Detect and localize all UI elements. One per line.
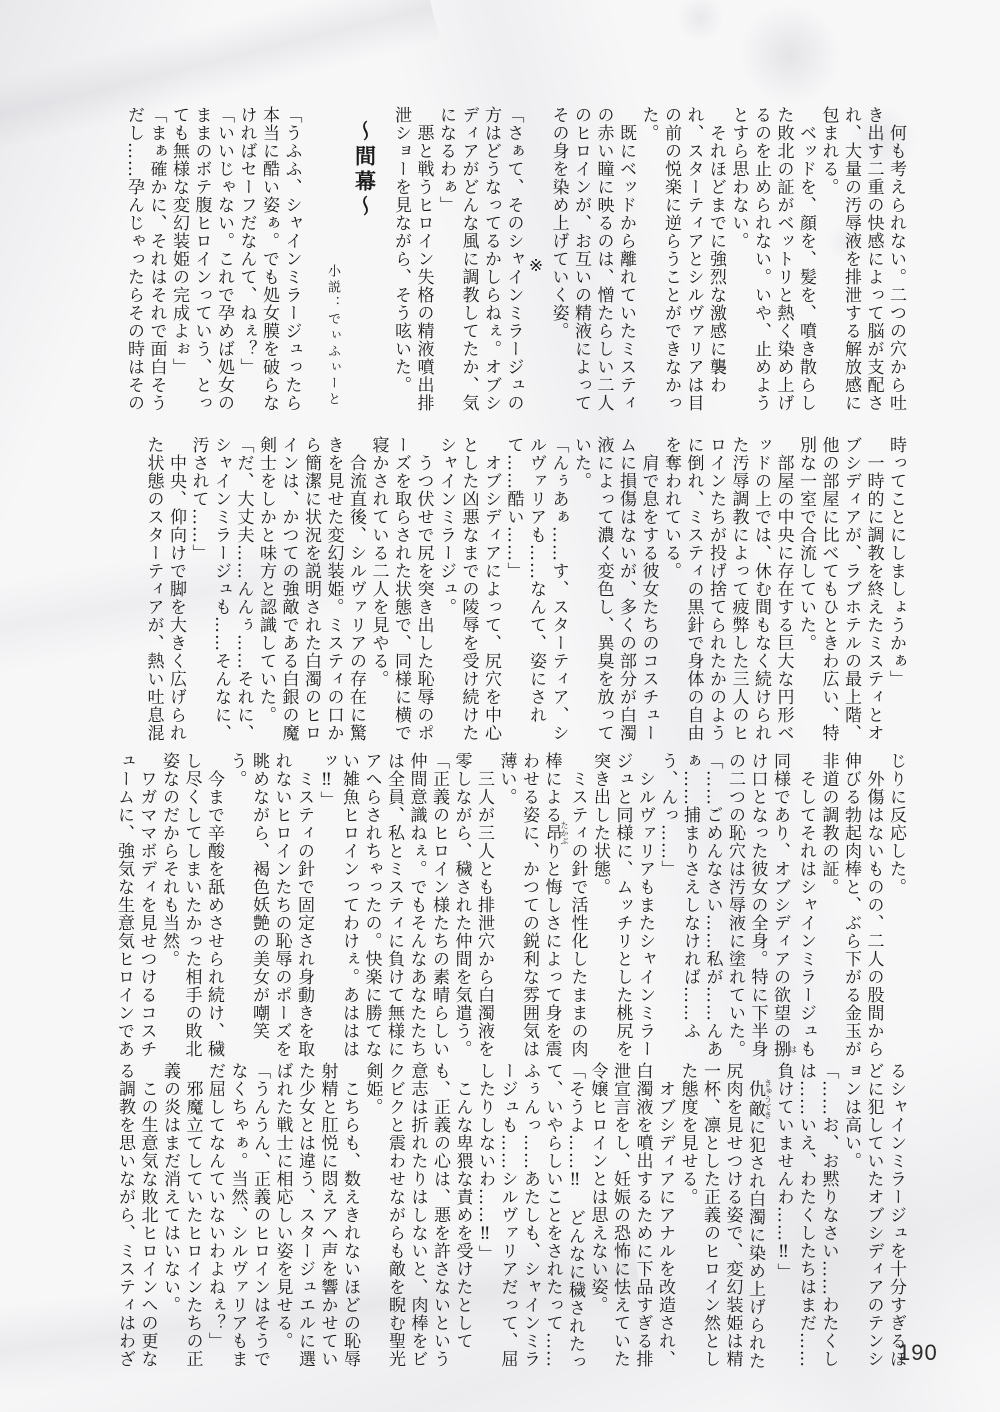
novel-text-band-2: 時ってことにしましょうかぁ」 一時的に調教を終えたミスティとオブシディアが、ラブ… bbox=[115, 436, 907, 748]
paragraph: この生意気な敗北ヒロインへの更なる調教を思いながら、ミスティはわざ bbox=[114, 1062, 159, 1384]
paragraph: 一時的に調教を終えたミスティとオブシディアが、ラブホテルの最上階、他の部屋に比べ… bbox=[795, 436, 885, 748]
paragraph: 「さぁて、そのシャインミラージュの方はどうなってるかしらねぇ。オブシディアがどん… bbox=[435, 106, 525, 426]
novel-text-band-1: 何も考えられない。二つの穴から吐き出す二重の快感によって脳が支配され、大量の汚辱… bbox=[115, 106, 907, 426]
paragraph: こちらも、数えきれないほどの恥辱射精と肛悦に悶えアヘ声を響かせていた少女とは違う… bbox=[271, 1062, 361, 1384]
paragraph: 今まで辛酸を舐めさせられ続け、穢し尽くしてしまいたかった相手の敗北姿なのだからそ… bbox=[158, 752, 226, 1074]
paragraph: オブシディアによって、尻穴を中心とした凶悪なまでの陵辱を受け続けたシャインミラー… bbox=[435, 436, 503, 748]
interlude-heading: ～間幕～ bbox=[353, 106, 376, 426]
section-separator: ※ bbox=[525, 106, 548, 426]
paragraph: 仇敵きゅうてきに犯され白濁に染め上げられた尻肉を見せつける姿で、変幻装姫は精一杯… bbox=[676, 1062, 772, 1384]
paragraph: シルヴァリアもまたシャインミラージュと同様に、ムッチリとした桃尻を突き出した状態… bbox=[589, 752, 657, 1074]
paragraph: 部屋の中央に存在する巨大な円形ベッドの上では、休む間もなく続けられた汚辱調教によ… bbox=[660, 436, 795, 748]
paragraph: 中央、仰向けで脚を大きく広げられた状態のスターティアが、熱い吐息混 bbox=[142, 436, 187, 748]
paragraph: るシャインミラージュを十分すぎるほどに犯していたオブシディアのテンションは高い。 bbox=[840, 1062, 908, 1384]
paragraph: 「いいじゃない。これで孕めば処女のままのボテ腹ヒロインっていう、とっても無様な変… bbox=[168, 106, 236, 426]
paragraph: 「うんうん、正義のヒロインはそうでなくちゃぁ。当然、シルヴァリアもまだ屈してなん… bbox=[204, 1062, 272, 1384]
page-number: 190 bbox=[898, 1340, 938, 1366]
paragraph: 「……お、お黙りなさい……わたくしは……いえ、わたくしたちはまだ……負けていませ… bbox=[772, 1062, 840, 1384]
paragraph: 合流直後、シルヴァリアの存在に驚きを見せた変幻装姫。ミスティの口から簡潔に状況を… bbox=[255, 436, 368, 748]
paragraph: 「んぅあぁ……す、スターティア、シルヴァリアも……なんて、姿にされて……酷い……… bbox=[502, 436, 570, 748]
novel-text-band-4: るシャインミラージュを十分すぎるほどに犯していたオブシディアのテンションは高い。… bbox=[115, 1062, 907, 1384]
paragraph: こんな卑猥な責めを受けたとしても、正義の心は、悪を許さないという意志は折れたりは… bbox=[361, 1062, 474, 1384]
paragraph: 「だ、大丈夫……んんぅ……それに、シャインミラージュも……そんなに、汚されて……… bbox=[187, 436, 255, 748]
novel-text-band-3: じりに反応した。 外傷はないものの、二人の股間から伸びる勃起肉棒と、ぶら下がる金… bbox=[115, 752, 907, 1074]
paragraph: 時ってことにしましょうかぁ」 bbox=[885, 436, 908, 748]
paragraph: ワガママボディを見せつけるコスチュームに、強気な生意気ヒロインであ bbox=[113, 752, 158, 1074]
paragraph: 三人が三人とも排泄穴から白濁液を零しながら、穢された仲間を気遣う。 bbox=[450, 752, 495, 1074]
paragraph: 外傷はないものの、二人の股間から伸びる勃起肉棒と、ぶら下がる金玉が非道の調教の証… bbox=[817, 752, 885, 1074]
paragraph: じりに反応した。 bbox=[885, 752, 908, 1074]
paragraph: 「……ごめんなさい……私が……んあぁ……捕まりさえしなければ……ふう、んっ……」 bbox=[656, 752, 724, 1074]
paragraph: そしてそれはシャインミラージュも同様であり、オブシディアの欲望の捌はけ口となった… bbox=[724, 752, 818, 1074]
paragraph: 邪魔立てしていたヒロインたちの正義の炎はまだ消えてはいない。 bbox=[159, 1062, 204, 1384]
paragraph: 「うふふ、シャインミラージュったら本当に酷い姿ぁ。でも処女膜を破らなければセーフ… bbox=[235, 106, 303, 426]
paragraph: 何も考えられない。二つの穴から吐き出す二重の快感によって脳が支配され、大量の汚辱… bbox=[817, 106, 907, 426]
paragraph: 「そうよ……‼ どんなに穢されたって、いやらしいことをされたって……ふぅんっ……… bbox=[474, 1062, 587, 1384]
paragraph: ミスティの針で固定され身動きを取れないヒロインたちの恥辱のポーズを眺めながら、褐… bbox=[225, 752, 315, 1074]
novel-credit: 小説：でぃふぃーと bbox=[321, 106, 344, 426]
paragraph: ミスティの針で活性化したままの肉棒による昂たかぶりと悔しさによって身を震わせる姿… bbox=[495, 752, 589, 1074]
paragraph: 肩で息をする彼女たちのコスチュームに損傷はないが、多くの部分が白濁液によって濃く… bbox=[570, 436, 660, 748]
paragraph: うつ伏せで尻を突き出した恥辱のポーズを取らされた状態で、同様に横で寝かされている… bbox=[367, 436, 435, 748]
paragraph: 「まぁ確かに、それはそれで面白そうだし……孕んじゃったらその時はその bbox=[123, 106, 168, 426]
paragraph: 既にベッドから離れていたミスティの赤い瞳に映るのは、憎たらしい二人のヒロインが、… bbox=[547, 106, 637, 426]
paragraph: 悪と戦うヒロイン失格の精液噴出排泄ショーを見ながら、そう呟いた。 bbox=[390, 106, 435, 426]
paragraph: オブシディアにアナルを改造され、白濁液を噴出するために下品すぎる排泄宣言をし、妊… bbox=[586, 1062, 676, 1384]
paragraph: ベッドを、顔を、髪を、噴き散らした敗北の証がベットリと熱く染め上げるのを止められ… bbox=[727, 106, 817, 426]
paragraph: 「正義のヒロイン様たちの素晴らしい仲間意識ねぇ。でもそんなあなたたちは全員、私と… bbox=[315, 752, 450, 1074]
paragraph: それほどまでに強烈な激感に襲われ、スターティアとシルヴァリアは目の前の悦楽に逆ら… bbox=[637, 106, 727, 426]
